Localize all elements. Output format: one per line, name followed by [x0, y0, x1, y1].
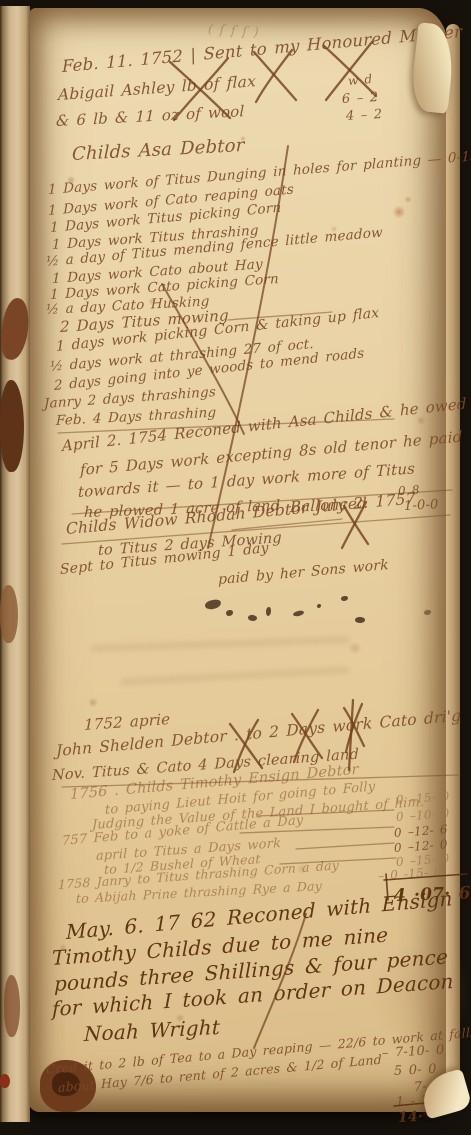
paper-stain	[347, 642, 363, 654]
credit-total: 14·	[398, 1109, 424, 1126]
binding-leather-stub	[0, 380, 24, 472]
amount: 4 – 2	[346, 107, 383, 124]
amount: 5 0- 0	[394, 1062, 437, 1079]
binding-leather-stub	[4, 975, 20, 1037]
binding-red-fragment	[0, 1074, 10, 1088]
paper-stain	[392, 206, 406, 218]
amount: 6 – 2	[342, 90, 379, 107]
paper-stain	[87, 698, 99, 707]
paper-stain	[404, 196, 412, 203]
ledger-photo: ( ſ ſ ſ ) Feb. 11. 1752 | Sent to my Hon…	[0, 0, 471, 1135]
binding-leather-stub	[0, 585, 18, 643]
column-header-wd: w d	[347, 72, 373, 88]
page-stack-edge	[446, 24, 460, 1096]
book-binding-edge	[0, 6, 30, 1122]
